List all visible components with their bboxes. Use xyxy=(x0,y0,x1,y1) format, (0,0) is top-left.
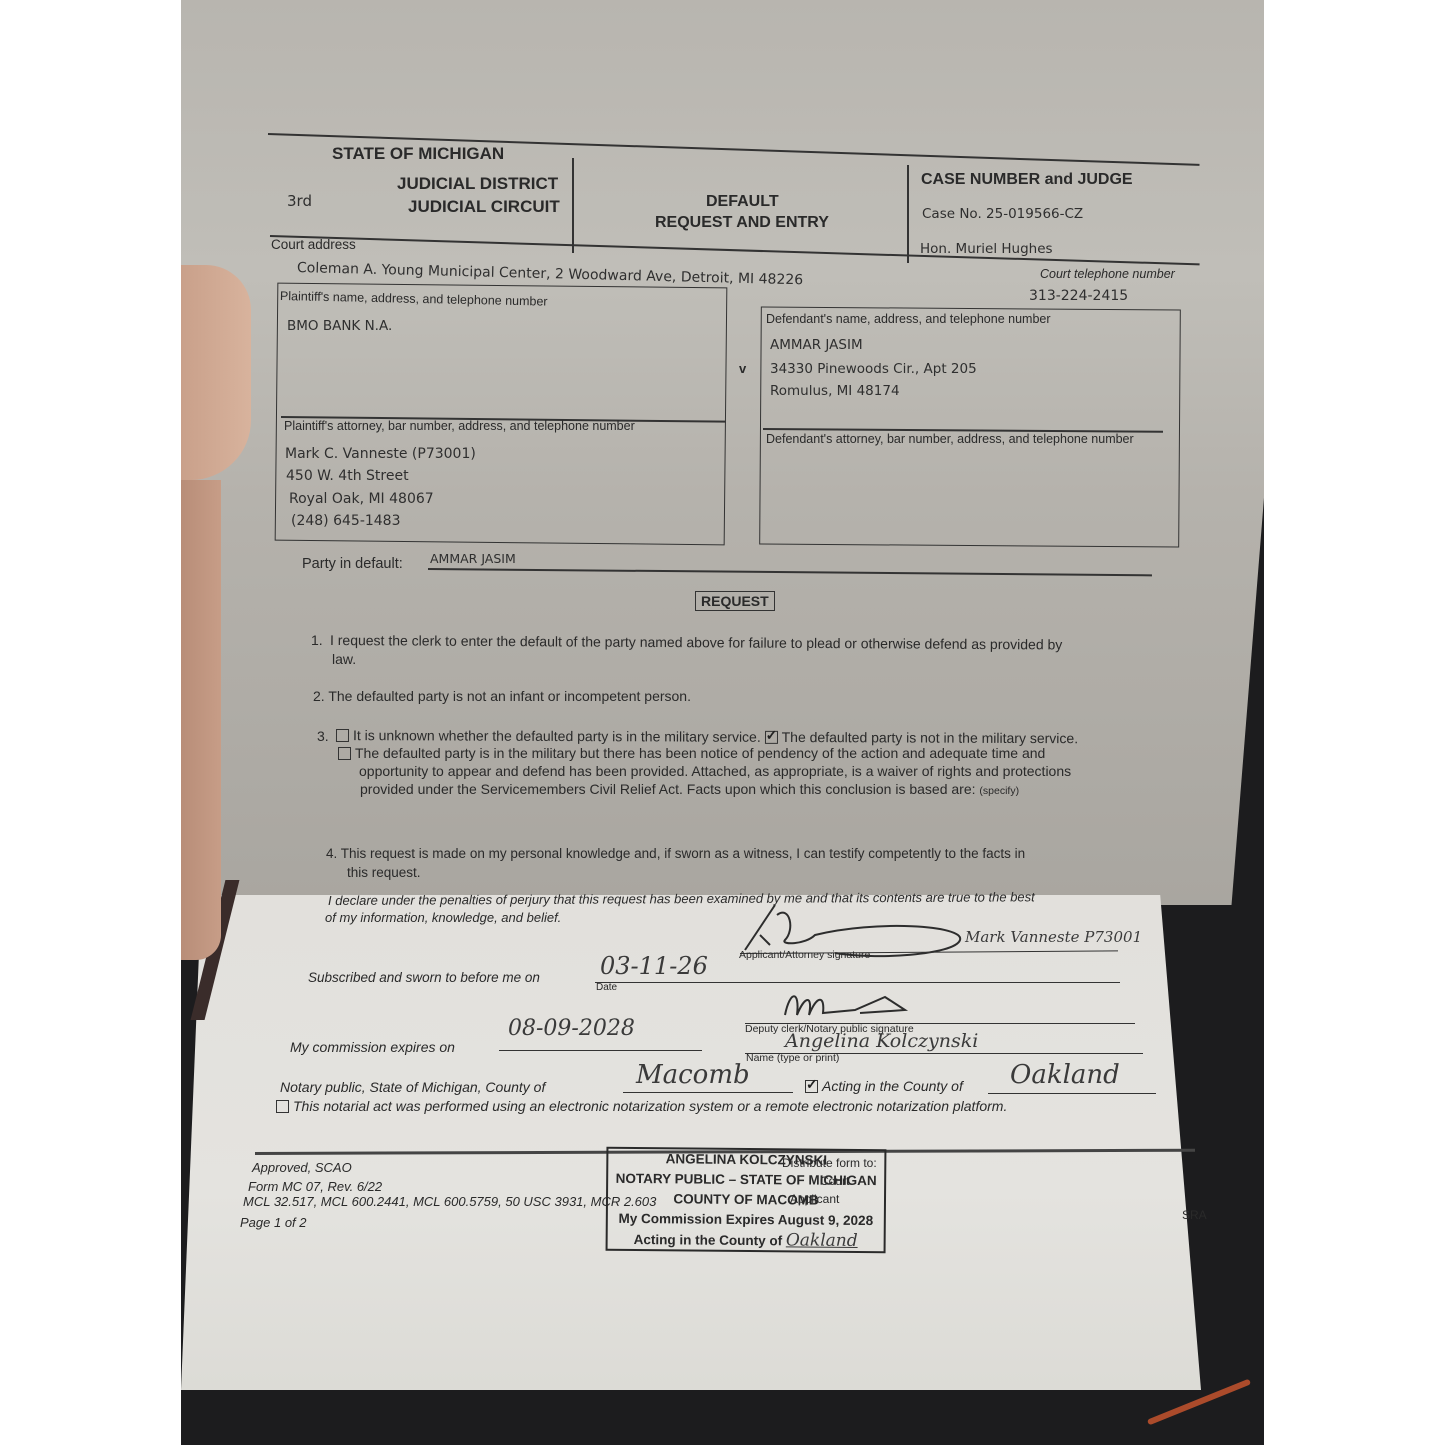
request-item-4: 4. This request is made on my personal k… xyxy=(326,846,1025,861)
court-phone-label: Court telephone number xyxy=(1040,267,1175,281)
not-in-military-checkbox[interactable] xyxy=(765,731,778,744)
in-military-checkbox[interactable] xyxy=(338,747,351,760)
header-divider-2 xyxy=(907,165,909,263)
request-item-3-num: 3. xyxy=(317,728,329,744)
electronic-notarization-checkbox[interactable] xyxy=(276,1100,289,1113)
case-number: Case No. 25-019566-CZ xyxy=(922,206,1083,222)
plaintiff-attorney-line: Mark C. Vanneste (P73001) xyxy=(285,446,476,462)
in-military-label-cont: provided under the Servicemembers Civil … xyxy=(360,781,1019,797)
request-heading: REQUEST xyxy=(695,591,775,611)
notary-stamp: ANGELINA KOLCZYNSKI NOTARY PUBLIC – STAT… xyxy=(606,1147,887,1253)
statutes: MCL 32.517, MCL 600.2441, MCL 600.5759, … xyxy=(243,1194,656,1209)
in-military-label: The defaulted party is in the military b… xyxy=(355,745,1045,761)
district-label: JUDICIAL DISTRICT xyxy=(397,174,558,194)
court-address-label: Court address xyxy=(271,237,356,252)
in-military-facts-label: provided under the Servicemembers Civil … xyxy=(360,781,976,797)
signature-label: Applicant/Attorney signature xyxy=(739,949,870,961)
circuit-label: JUDICIAL CIRCUIT xyxy=(408,197,560,217)
plaintiff-attorney-line: Royal Oak, MI 48067 xyxy=(289,491,434,507)
notary-name: Angelina Kolczynski xyxy=(785,1030,978,1052)
form-code: SRA xyxy=(1182,1208,1207,1222)
electronic-option: This notarial act was performed using an… xyxy=(276,1098,1007,1114)
notary-county: Macomb xyxy=(636,1060,750,1090)
commission-date: 08-09-2028 xyxy=(508,1016,635,1041)
notary-signature-scribble xyxy=(775,985,925,1025)
request-item-2: 2. The defaulted party is not an infant … xyxy=(313,688,691,704)
case-heading: CASE NUMBER and JUDGE xyxy=(921,171,1133,189)
state-title: STATE OF MICHIGAN xyxy=(332,144,504,164)
electronic-label: This notarial act was performed using an… xyxy=(293,1098,1007,1114)
plaintiff-name: BMO BANK N.A. xyxy=(287,318,392,334)
approved-label: Approved, SCAO xyxy=(252,1160,352,1175)
request-item-1-num: 1. xyxy=(311,632,323,648)
county-label: Notary public, State of Michigan, County… xyxy=(280,1079,545,1095)
acting-county-checkbox[interactable] xyxy=(805,1080,818,1093)
sworn-date-line xyxy=(595,982,1120,983)
acting-label: Acting in the County of xyxy=(822,1078,963,1094)
commission-line xyxy=(499,1050,702,1051)
military-unknown-label: It is unknown whether the defaulted part… xyxy=(353,727,761,745)
request-item-4-cont: this request. xyxy=(347,865,421,880)
form-number: Form MC 07, Rev. 6/22 xyxy=(248,1179,382,1194)
header-divider-1 xyxy=(572,158,574,253)
versus-label: v xyxy=(739,361,746,376)
defendant-attorney-label: Defendant's attorney, bar number, addres… xyxy=(766,432,1134,446)
request-item-3-options: It is unknown whether the defaulted part… xyxy=(336,727,1078,746)
stamp-notary-name: ANGELINA KOLCZYNSKI xyxy=(608,1149,884,1171)
in-military-label-cont: opportunity to appear and defend has bee… xyxy=(359,763,1071,779)
acting-county-line xyxy=(988,1093,1156,1094)
in-military-option: The defaulted party is in the military b… xyxy=(338,745,1045,761)
defendant-line: 34330 Pinewoods Cir., Apt 205 xyxy=(770,361,977,377)
request-item-1-cont: law. xyxy=(332,651,356,667)
stamp-commission: My Commission Expires August 9, 2028 xyxy=(608,1209,884,1231)
sworn-date: 03-11-26 xyxy=(600,952,708,980)
defendant-label: Defendant's name, address, and telephone… xyxy=(766,312,1051,326)
stamp-acting: Acting in the County of Oakland xyxy=(608,1229,884,1252)
hand xyxy=(181,480,221,960)
form-title-line2: REQUEST AND ENTRY xyxy=(655,214,829,232)
stamp-acting-label: Acting in the County of xyxy=(634,1232,783,1248)
party-in-default-value: AMMAR JASIM xyxy=(430,551,516,566)
defendant-line: AMMAR JASIM xyxy=(770,337,863,353)
party-in-default-label: Party in default: xyxy=(302,556,403,572)
plaintiff-attorney-label: Plaintiff's attorney, bar number, addres… xyxy=(284,419,635,433)
defendant-line: Romulus, MI 48174 xyxy=(770,383,900,399)
circuit-number: 3rd xyxy=(287,192,312,210)
acting-county: Oakland xyxy=(1010,1060,1120,1090)
sworn-label: Subscribed and sworn to before me on xyxy=(308,970,540,985)
declaration-line-2: of my information, knowledge, and belief… xyxy=(325,910,561,925)
military-unknown-checkbox[interactable] xyxy=(336,729,349,742)
specify-note: (specify) xyxy=(979,785,1019,797)
stamp-title: NOTARY PUBLIC – STATE OF MICHIGAN xyxy=(608,1169,884,1191)
name-label: Name (type or print) xyxy=(746,1052,839,1064)
county-line xyxy=(623,1092,793,1093)
stamp-county: COUNTY OF MACOMB xyxy=(608,1189,884,1211)
plaintiff-attorney-line: 450 W. 4th Street xyxy=(286,468,409,484)
not-in-military-label: The defaulted party is not in the milita… xyxy=(782,729,1079,746)
plaintiff-attorney-line: (248) 645-1483 xyxy=(291,513,401,529)
court-phone: 313-224-2415 xyxy=(1029,288,1128,304)
thumb xyxy=(181,265,251,480)
form-title-line1: DEFAULT xyxy=(706,193,779,211)
date-label: Date xyxy=(596,982,617,993)
page-number: Page 1 of 2 xyxy=(240,1215,307,1230)
attorney-printed-signature: Mark Vanneste P73001 xyxy=(965,928,1142,946)
acting-option: Acting in the County of xyxy=(805,1078,963,1094)
stamp-acting-county: Oakland xyxy=(786,1230,858,1251)
commission-label: My commission expires on xyxy=(290,1039,455,1055)
